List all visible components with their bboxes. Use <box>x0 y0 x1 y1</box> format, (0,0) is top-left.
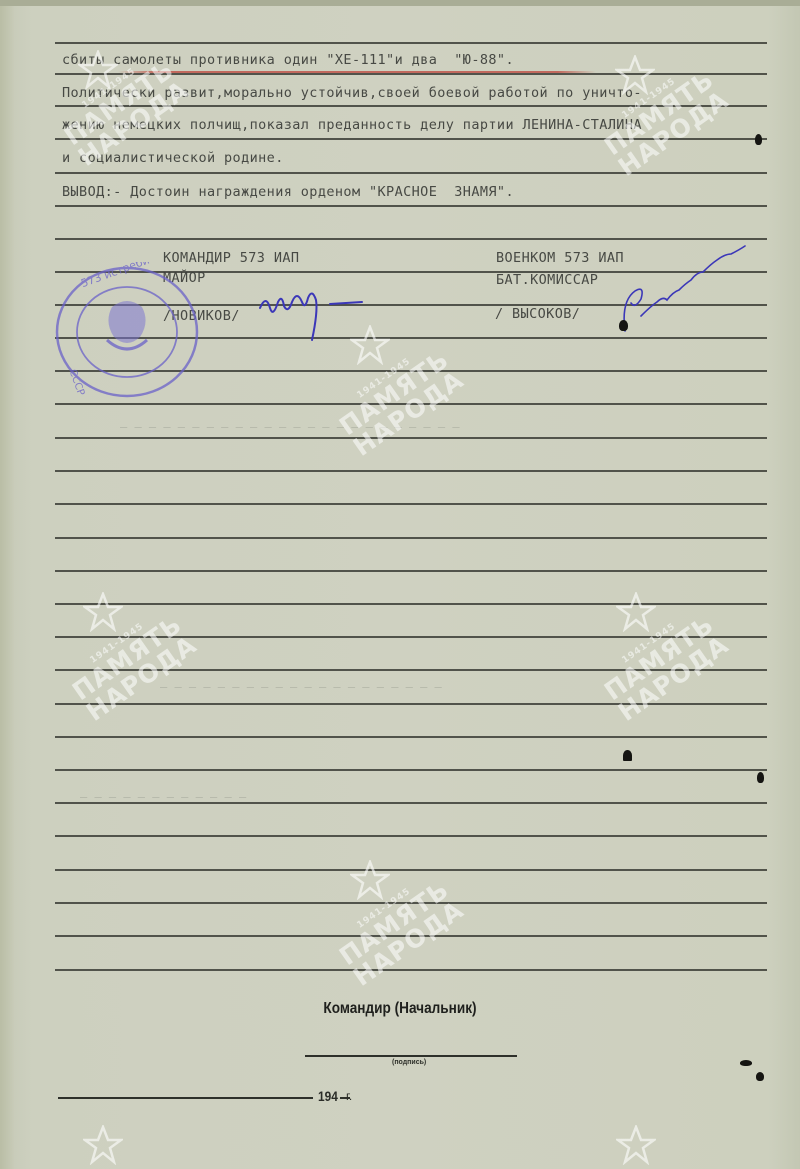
star-icon <box>616 592 656 632</box>
right-signatory-name: / ВЫСОКОВ/ <box>495 306 580 322</box>
star-icon <box>78 50 118 90</box>
right-signatory-position: ВОЕНКОМ 573 ИАП <box>496 250 624 266</box>
ruled-line <box>55 205 767 207</box>
ruled-line <box>55 138 767 140</box>
red-underline <box>118 71 596 73</box>
ruled-line <box>55 537 767 539</box>
star-icon <box>615 55 655 95</box>
ruled-line <box>55 73 767 75</box>
ruled-line <box>55 172 767 174</box>
document-page: — — — — — — — — — — — — — — — — — — — — … <box>0 0 800 1169</box>
body-line-1: сбиты самолеты противника один "ХЕ-111"и… <box>62 52 514 68</box>
paper-hole <box>756 1072 764 1081</box>
date-year: 194 <box>318 1088 338 1104</box>
paper-hole <box>623 750 632 761</box>
signature-line <box>305 1055 517 1057</box>
ruled-line <box>55 669 767 671</box>
paper-hole <box>619 320 628 331</box>
paper-hole <box>757 772 764 783</box>
paper-hole <box>740 1060 752 1066</box>
right-handwritten-signature <box>615 236 785 336</box>
star-icon <box>83 1125 123 1165</box>
star-icon <box>350 325 390 365</box>
ruled-line <box>55 437 767 439</box>
body-line-2: Политически развит,морально устойчив,сво… <box>62 85 642 101</box>
ruled-line <box>55 869 767 871</box>
ruled-line <box>55 470 767 472</box>
svg-text:573 истребител: 573 истребител <box>79 262 170 290</box>
ruled-line <box>55 570 767 572</box>
ruled-line <box>55 42 767 44</box>
ruled-line <box>55 736 767 738</box>
ruled-line <box>55 769 767 771</box>
body-line-4: и социалистической родине. <box>62 150 284 166</box>
paper-hole <box>755 134 762 145</box>
date-suffix: г. <box>346 1089 352 1103</box>
ruled-line <box>55 703 767 705</box>
ruled-line <box>55 636 767 638</box>
conclusion-line: ВЫВОД:- Достоин награждения орденом "КРА… <box>62 184 514 200</box>
form-footer-title: Командир (Начальник) <box>60 1000 740 1018</box>
ruled-line <box>55 603 767 605</box>
star-icon <box>83 592 123 632</box>
right-signatory-rank: БАТ.КОМИССАР <box>496 272 598 288</box>
page-edge <box>0 0 14 1169</box>
date-line <box>58 1097 313 1099</box>
ruled-line <box>55 902 767 904</box>
ruled-line <box>55 105 767 107</box>
ruled-line <box>55 835 767 837</box>
page-top-edge <box>0 0 800 6</box>
ruled-line <box>55 503 767 505</box>
signature-caption: (подпись) <box>392 1059 426 1066</box>
ruled-line <box>55 935 767 937</box>
official-stamp: 573 истребител СССР <box>52 262 202 402</box>
star-icon <box>616 1125 656 1165</box>
star-icon <box>350 860 390 900</box>
ruled-line <box>55 969 767 971</box>
body-line-3: жению немецких полчищ,показал преданност… <box>62 117 642 133</box>
ruled-line <box>55 403 767 405</box>
svg-text:СССР: СССР <box>67 368 87 397</box>
